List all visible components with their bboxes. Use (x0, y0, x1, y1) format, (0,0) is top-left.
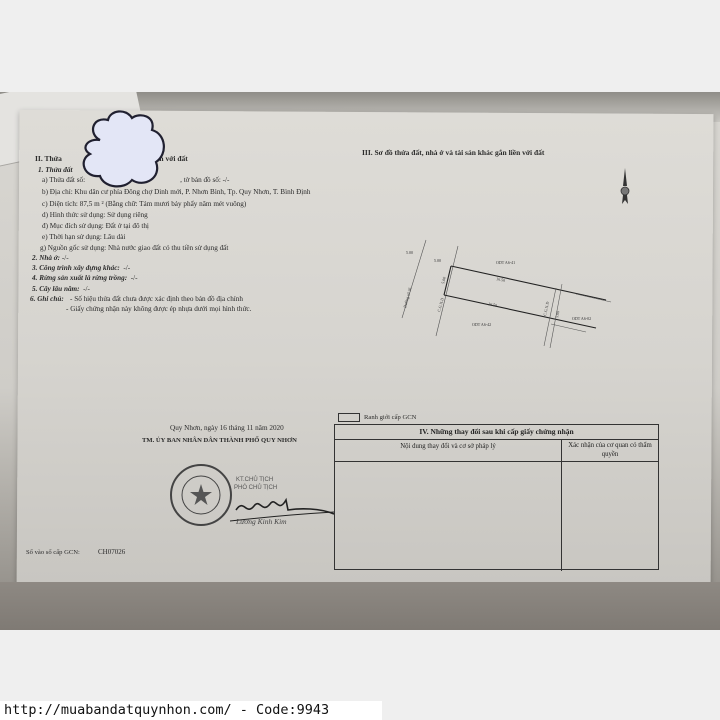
boundary-legend-label: Ranh giới cấp GCN (364, 413, 416, 422)
issuing-authority: TM. ỦY BAN NHÂN DÂN THÀNH PHỐ QUY NHƠN (142, 436, 297, 445)
svg-text:ODT A6-42: ODT A6-42 (472, 322, 491, 327)
official-seal-icon (168, 462, 234, 528)
note-2: - Giấy chứng nhận này không được ép nhựa… (66, 305, 251, 314)
registry-label: Số vào sổ cấp GCN: (26, 548, 80, 557)
house-item: 2. Nhà ở: -/- (32, 254, 69, 263)
svg-text:ODT A6-41: ODT A6-41 (496, 260, 515, 265)
place-date: Quy Nhơn, ngày 16 tháng 11 năm 2020 (170, 424, 284, 433)
svg-text:16.50: 16.50 (496, 276, 506, 283)
svg-text:5.00: 5.00 (554, 310, 560, 318)
usage-term: e) Thời hạn sử dụng: Lâu dài (42, 233, 125, 242)
changes-table-title: IV. Những thay đổi sau khi cấp giấy chứn… (335, 425, 658, 440)
usage-form: d) Hình thức sử dụng: Sử dụng riêng (42, 211, 148, 220)
section2-title-left: II. Thửa (35, 154, 62, 163)
changes-table: IV. Những thay đổi sau khi cấp giấy chứn… (334, 424, 659, 570)
north-arrow-icon (618, 168, 632, 212)
column-header-changes: Nội dung thay đổi và cơ sở pháp lý (335, 443, 561, 450)
desk-surface (0, 582, 720, 630)
notes-label: 6. Ghi chú: (30, 295, 64, 304)
section2-subtitle: 1. Thửa đất (38, 166, 72, 175)
note-1: - Số hiệu thửa đất chưa được xác định th… (70, 295, 243, 304)
svg-text:5.00: 5.00 (406, 250, 413, 255)
svg-text:ODT A6-02: ODT A6-02 (572, 316, 591, 321)
parcel-area: c) Diện tích: 87,5 m ² (Bằng chữ: Tám mư… (42, 200, 246, 209)
usage-origin: g) Nguồn gốc sử dụng: Nhà nước giao đất … (40, 244, 228, 253)
svg-text:16.50: 16.50 (488, 301, 498, 308)
svg-text:C.G.X.D: C.G.X.D (542, 301, 550, 316)
redaction-cloud (78, 108, 170, 188)
svg-text:Đường số 26: Đường số 26 (402, 287, 412, 308)
boundary-legend-swatch (338, 413, 360, 422)
perennial-trees-item: 5. Cây lâu năm: -/- (32, 285, 90, 294)
svg-text:5.00: 5.00 (440, 276, 447, 284)
other-construction-item: 3. Công trình xây dựng khác: -/- (32, 264, 130, 273)
section3-title: III. Sơ đồ thửa đất, nhà ở và tài sản kh… (362, 148, 544, 157)
watermark-link[interactable]: http://muabandatquynhon.com/ - Code:9943 (0, 701, 382, 720)
svg-text:5.00: 5.00 (434, 258, 441, 263)
column-header-confirmation: Xác nhận của cơ quan có thẩm quyền (563, 441, 657, 459)
changes-table-column-divider (335, 439, 562, 571)
signer-name: Lương Kinh Kim (236, 517, 287, 526)
forest-item: 4. Rừng sản xuất là rừng trồng: -/- (32, 274, 137, 283)
usage-purpose: đ) Mục đích sử dụng: Đất ở tại đô thị (42, 222, 149, 231)
registry-number: CH07026 (98, 548, 125, 557)
parcel-sketch: 5.00 5.00 Đường số 26 ODT A6-41 16.50 16… (396, 238, 618, 348)
parcel-address: b) Địa chỉ: Khu dân cư phía Đông chợ Din… (42, 188, 310, 197)
